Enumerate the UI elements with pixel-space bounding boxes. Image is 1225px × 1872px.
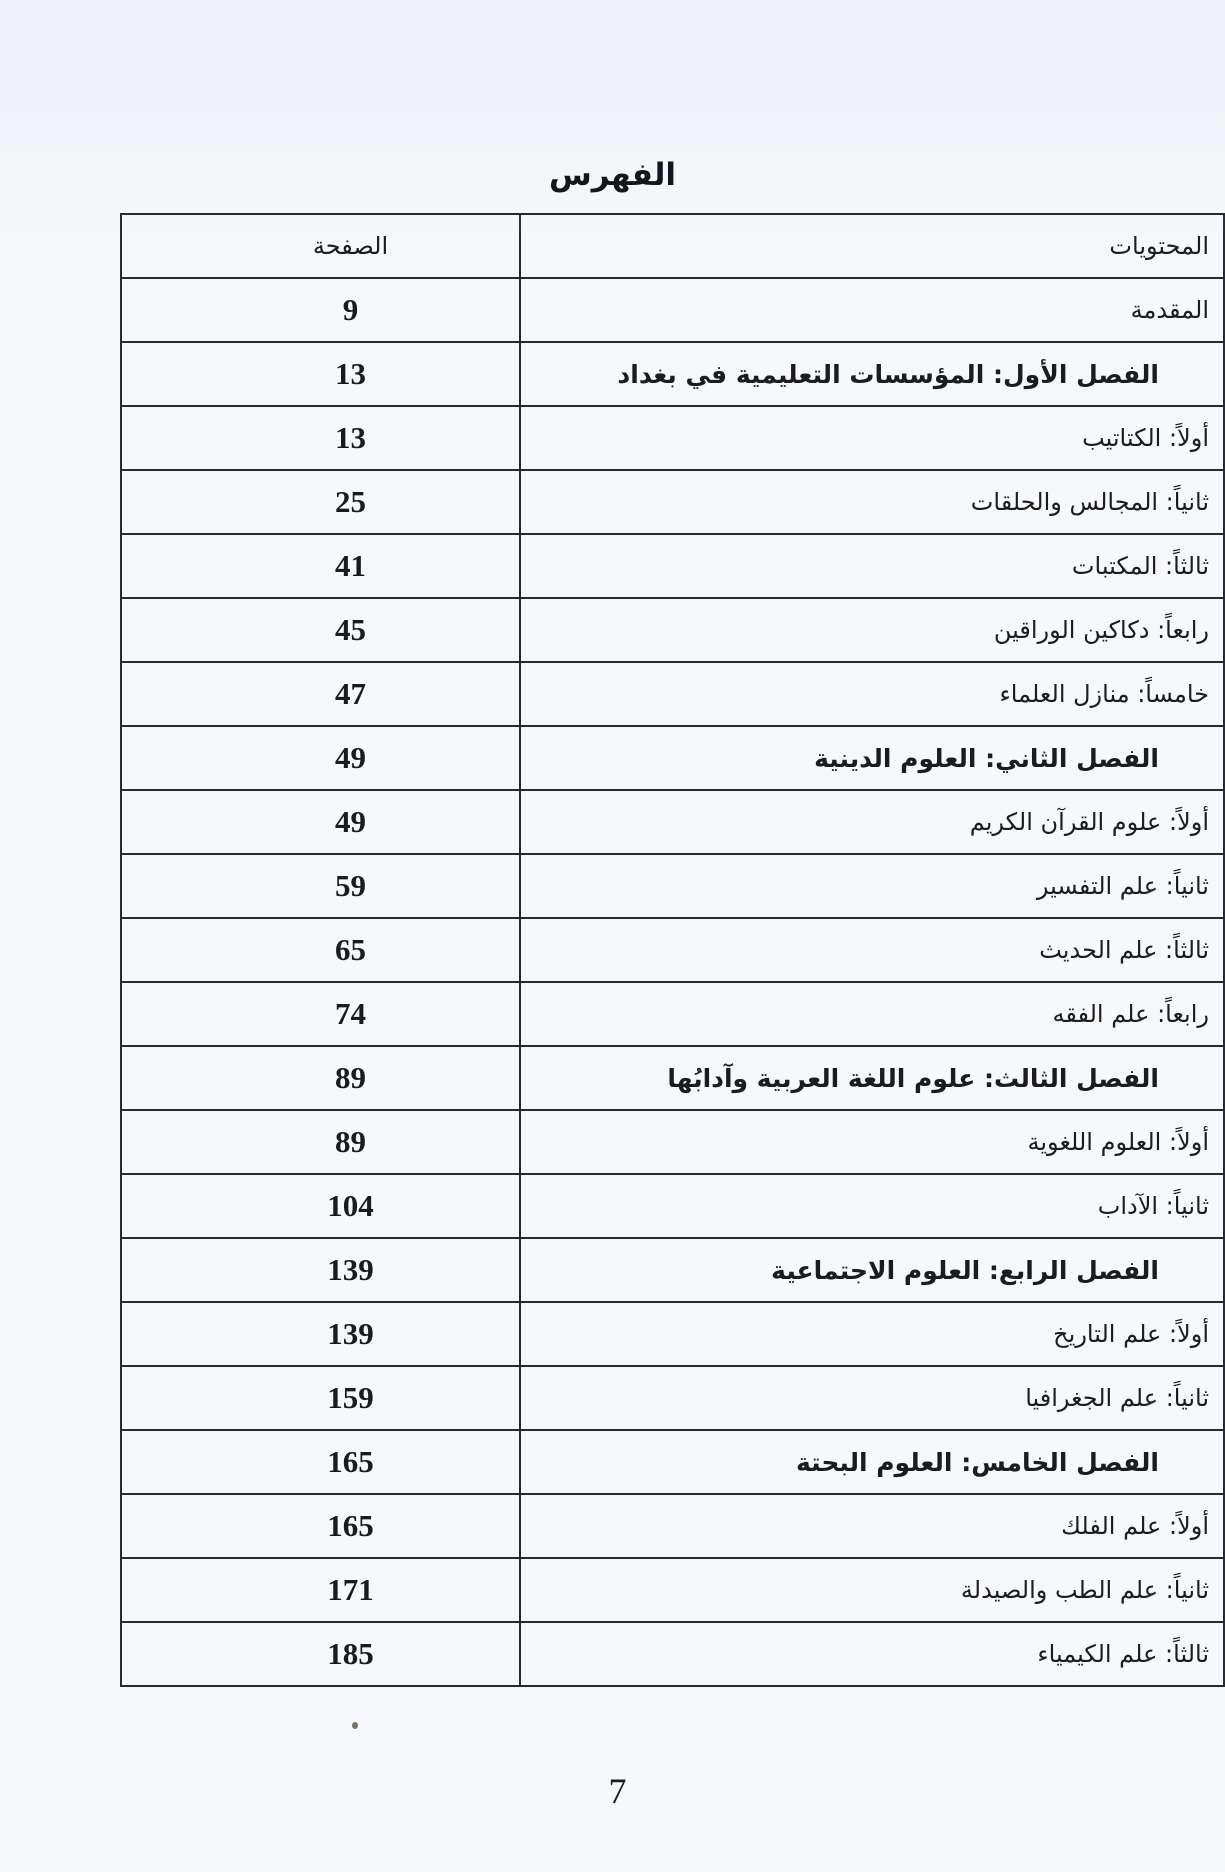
entry-label: الفصل الخامس: العلوم البحتة bbox=[796, 1448, 1209, 1477]
paper-speck bbox=[352, 1722, 358, 1729]
page-number-cell: 25 bbox=[121, 470, 520, 534]
entry-title: أولاً: علوم القرآن الكريم bbox=[520, 790, 1224, 854]
page-number-cell: 139 bbox=[121, 1302, 520, 1366]
table-row: أولاً: الكتاتيب13 bbox=[121, 406, 1224, 470]
entry-title: أولاً: العلوم اللغوية bbox=[520, 1110, 1224, 1174]
table-row: أولاً: علم التاريخ139 bbox=[121, 1302, 1224, 1366]
page-number-cell: 49 bbox=[121, 790, 520, 854]
chapter-title: الفصل الأول: المؤسسات التعليمية في بغداد bbox=[520, 342, 1224, 406]
entry-label: ثانياً: علم الطب والصيدلة bbox=[961, 1576, 1209, 1604]
entry-label: رابعاً: دكاكين الوراقين bbox=[994, 616, 1209, 644]
table-row: ثانياً: علم الجغرافيا159 bbox=[121, 1366, 1224, 1430]
table-row: أولاً: علوم القرآن الكريم49 bbox=[121, 790, 1224, 854]
entry-title: رابعاً: دكاكين الوراقين bbox=[520, 598, 1224, 662]
entry-title: أولاً: علم الفلك bbox=[520, 1494, 1224, 1558]
entry-label: أولاً: علم الفلك bbox=[1061, 1512, 1209, 1540]
table-row: المقدمة9 bbox=[121, 278, 1224, 342]
entry-label: الفصل الأول: المؤسسات التعليمية في بغداد bbox=[617, 360, 1209, 389]
page-number-cell: 171 bbox=[121, 1558, 520, 1622]
table-row: أولاً: العلوم اللغوية89 bbox=[121, 1110, 1224, 1174]
entry-label: المقدمة bbox=[1131, 296, 1209, 324]
page-number-cell: 74 bbox=[121, 982, 520, 1046]
chapter-row: الفصل الرابع: العلوم الاجتماعية139 bbox=[121, 1238, 1224, 1302]
entry-label: أولاً: الكتاتيب bbox=[1082, 424, 1209, 452]
page-number-cell: 89 bbox=[121, 1110, 520, 1174]
page-number-cell: 185 bbox=[121, 1622, 520, 1686]
table-row: أولاً: علم الفلك165 bbox=[121, 1494, 1224, 1558]
page-number-cell: 159 bbox=[121, 1366, 520, 1430]
page-number-cell: 13 bbox=[121, 342, 520, 406]
entry-label: ثالثاً: علم الكيمياء bbox=[1037, 1640, 1209, 1668]
entry-label: أولاً: علوم القرآن الكريم bbox=[970, 808, 1209, 836]
page-number-cell: 45 bbox=[121, 598, 520, 662]
entry-title: أولاً: علم التاريخ bbox=[520, 1302, 1224, 1366]
entry-title: المقدمة bbox=[520, 278, 1224, 342]
entry-label: ثانياً: علم التفسير bbox=[1037, 872, 1209, 900]
entry-title: ثانياً: الآداب bbox=[520, 1174, 1224, 1238]
entry-label: الفصل الثالث: علوم اللغة العربية وآدابُه… bbox=[667, 1064, 1209, 1093]
entry-title: أولاً: الكتاتيب bbox=[520, 406, 1224, 470]
chapter-title: الفصل الخامس: العلوم البحتة bbox=[520, 1430, 1224, 1494]
entry-title: ثالثاً: علم الحديث bbox=[520, 918, 1224, 982]
entry-title: رابعاً: علم الفقه bbox=[520, 982, 1224, 1046]
entry-title: ثالثاً: علم الكيمياء bbox=[520, 1622, 1224, 1686]
entry-label: أولاً: العلوم اللغوية bbox=[1028, 1128, 1210, 1156]
page-number-cell: 89 bbox=[121, 1046, 520, 1110]
page-number-cell: 41 bbox=[121, 534, 520, 598]
page-number-cell: 65 bbox=[121, 918, 520, 982]
chapter-row: الفصل الخامس: العلوم البحتة165 bbox=[121, 1430, 1224, 1494]
page-number-cell: 47 bbox=[121, 662, 520, 726]
table-row: ثانياً: المجالس والحلقات25 bbox=[121, 470, 1224, 534]
entry-label: رابعاً: علم الفقه bbox=[1052, 1000, 1209, 1028]
entry-label: أولاً: علم التاريخ bbox=[1053, 1320, 1209, 1348]
entry-label: ثانياً: المجالس والحلقات bbox=[971, 488, 1209, 516]
table-row: ثالثاً: علم الحديث65 bbox=[121, 918, 1224, 982]
entry-label: ثالثاً: علم الحديث bbox=[1039, 936, 1209, 964]
page-number-cell: 59 bbox=[121, 854, 520, 918]
entry-label: خامساً: منازل العلماء bbox=[1000, 680, 1209, 708]
chapter-row: الفصل الأول: المؤسسات التعليمية في بغداد… bbox=[121, 342, 1224, 406]
table-row: رابعاً: علم الفقه74 bbox=[121, 982, 1224, 1046]
page-number-cell: 165 bbox=[121, 1494, 520, 1558]
table-row: خامساً: منازل العلماء47 bbox=[121, 662, 1224, 726]
entry-title: ثانياً: علم التفسير bbox=[520, 854, 1224, 918]
entry-label: ثانياً: الآداب bbox=[1098, 1192, 1209, 1220]
page-title: الفهرس bbox=[0, 150, 1225, 200]
table-row: ثانياً: علم التفسير59 bbox=[121, 854, 1224, 918]
chapter-title: الفصل الثالث: علوم اللغة العربية وآدابُه… bbox=[520, 1046, 1224, 1110]
contents-column-header: المحتويات bbox=[520, 214, 1224, 278]
page-column-header: الصفحة bbox=[121, 214, 520, 278]
table-row: رابعاً: دكاكين الوراقين45 bbox=[121, 598, 1224, 662]
page-number: 7 bbox=[0, 1770, 1225, 1812]
table-of-contents: المحتويات الصفحة المقدمة9الفصل الأول: ال… bbox=[120, 213, 1225, 1687]
page-number-cell: 9 bbox=[121, 278, 520, 342]
table-row: ثالثاً: المكتبات41 bbox=[121, 534, 1224, 598]
entry-label: ثالثاً: المكتبات bbox=[1072, 552, 1209, 580]
entry-title: ثانياً: علم الطب والصيدلة bbox=[520, 1558, 1224, 1622]
chapter-row: الفصل الثاني: العلوم الدينية49 bbox=[121, 726, 1224, 790]
table-row: ثالثاً: علم الكيمياء185 bbox=[121, 1622, 1224, 1686]
entry-title: ثانياً: علم الجغرافيا bbox=[520, 1366, 1224, 1430]
entry-title: خامساً: منازل العلماء bbox=[520, 662, 1224, 726]
table-header-row: المحتويات الصفحة bbox=[121, 214, 1224, 278]
page-number-cell: 165 bbox=[121, 1430, 520, 1494]
entry-title: ثالثاً: المكتبات bbox=[520, 534, 1224, 598]
page-number-cell: 104 bbox=[121, 1174, 520, 1238]
page-number-cell: 49 bbox=[121, 726, 520, 790]
entry-title: ثانياً: المجالس والحلقات bbox=[520, 470, 1224, 534]
page-number-cell: 139 bbox=[121, 1238, 520, 1302]
entry-label: الفصل الثاني: العلوم الدينية bbox=[814, 744, 1209, 773]
chapter-title: الفصل الرابع: العلوم الاجتماعية bbox=[520, 1238, 1224, 1302]
table-row: ثانياً: علم الطب والصيدلة171 bbox=[121, 1558, 1224, 1622]
document-page: الفهرس المحتويات الصفحة المقدمة9الفصل ال… bbox=[0, 0, 1225, 1872]
entry-label: الفصل الرابع: العلوم الاجتماعية bbox=[771, 1256, 1209, 1285]
page-number-cell: 13 bbox=[121, 406, 520, 470]
table-row: ثانياً: الآداب104 bbox=[121, 1174, 1224, 1238]
chapter-title: الفصل الثاني: العلوم الدينية bbox=[520, 726, 1224, 790]
chapter-row: الفصل الثالث: علوم اللغة العربية وآدابُه… bbox=[121, 1046, 1224, 1110]
entry-label: ثانياً: علم الجغرافيا bbox=[1025, 1384, 1209, 1412]
